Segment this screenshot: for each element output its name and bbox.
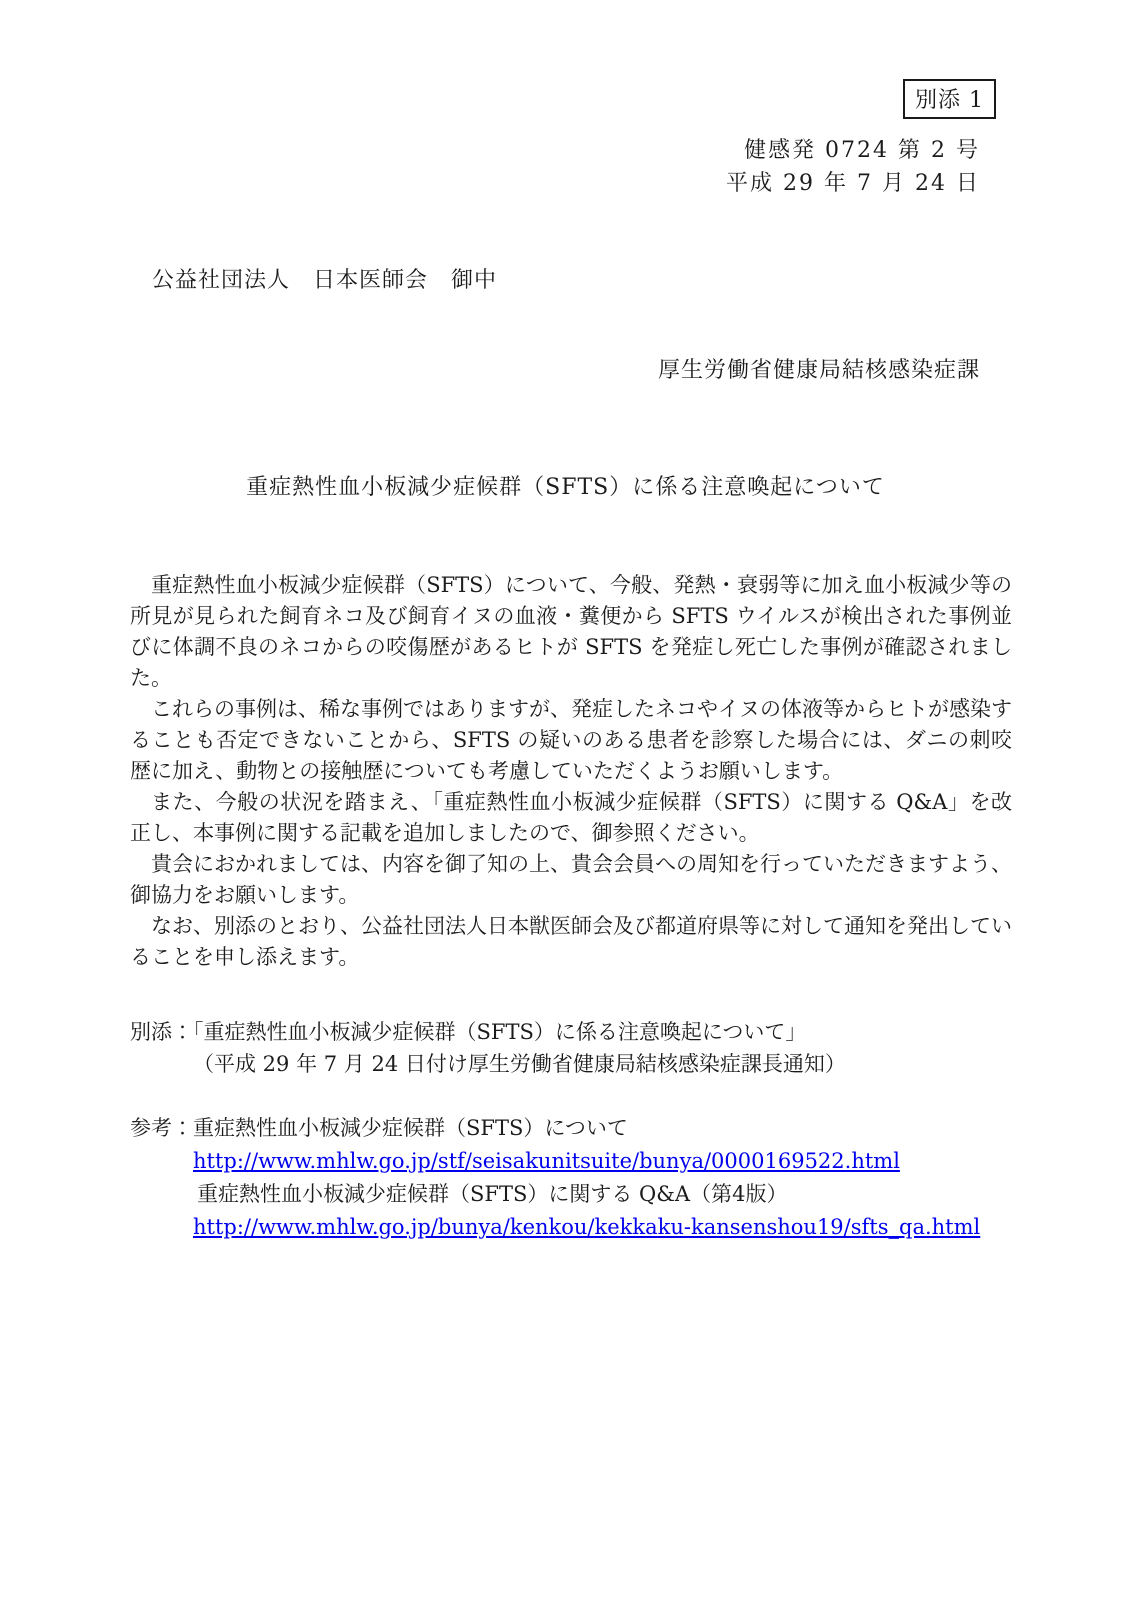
document-page: 別添 1 健感発 0724 第 2 号 平成 29 年 7 月 24 日 公益社…: [0, 0, 1131, 1600]
recipient-line: 公益社団法人 日本医師会 御中: [152, 263, 497, 294]
reference-link-2[interactable]: http://www.mhlw.go.jp/bunya/kenkou/kekka…: [193, 1215, 980, 1239]
document-number: 健感発 0724 第 2 号: [130, 134, 980, 167]
document-meta: 健感発 0724 第 2 号 平成 29 年 7 月 24 日: [130, 134, 980, 200]
body-paragraph-3: また、今般の状況を踏まえ、「重症熱性血小板減少症候群（SFTS）に関する Q&A…: [130, 787, 1012, 849]
body-paragraph-4: 貴会におかれましては、内容を御了知の上、貴会会員への周知を行っていただきますよう…: [130, 849, 1012, 911]
body-paragraph-5: なお、別添のとおり、公益社団法人日本獣医師会及び都道府県等に対して通知を発出して…: [130, 911, 1012, 973]
reference-label: 参考：: [130, 1116, 193, 1140]
reference-item-2-link-row: http://www.mhlw.go.jp/bunya/kenkou/kekka…: [130, 1211, 1012, 1244]
attachment-note-line1: 別添：「重症熱性血小板減少症候群（SFTS）に係る注意喚起について」: [130, 1016, 1012, 1048]
reference-item-1-title: 重症熱性血小板減少症候群（SFTS）について: [193, 1116, 628, 1140]
attachment-note: 別添：「重症熱性血小板減少症候群（SFTS）に係る注意喚起について」 （平成 2…: [130, 1016, 1012, 1080]
document-date: 平成 29 年 7 月 24 日: [130, 167, 980, 200]
reference-line1: 参考：重症熱性血小板減少症候群（SFTS）について: [130, 1112, 1012, 1145]
attachment-note-subtitle: （平成 29 年 7 月 24 日付け厚生労働省健康局結核感染症課長通知）: [130, 1048, 1012, 1080]
reference-item-1-link-row: http://www.mhlw.go.jp/stf/seisakunitsuit…: [130, 1145, 1012, 1178]
body-paragraph-2: これらの事例は、稀な事例ではありますが、発症したネコやイヌの体液等からヒトが感染…: [130, 694, 1012, 787]
reference-section: 参考：重症熱性血小板減少症候群（SFTS）について http://www.mhl…: [130, 1112, 1012, 1244]
reference-item-2-title: 重症熱性血小板減少症候群（SFTS）に関する Q&A（第4版）: [130, 1178, 1012, 1211]
document-title: 重症熱性血小板減少症候群（SFTS）に係る注意喚起について: [0, 470, 1131, 501]
attachment-number-badge: 別添 1: [903, 79, 996, 119]
sender-line: 厚生労働省健康局結核感染症課: [130, 353, 980, 384]
attachment-note-title: 「重症熱性血小板減少症候群（SFTS）に係る注意喚起について」: [193, 1020, 806, 1044]
body-paragraph-1: 重症熱性血小板減少症候群（SFTS）について、今般、発熱・衰弱等に加え血小板減少…: [130, 570, 1012, 694]
reference-link-1[interactable]: http://www.mhlw.go.jp/stf/seisakunitsuit…: [193, 1149, 900, 1173]
document-body: 重症熱性血小板減少症候群（SFTS）について、今般、発熱・衰弱等に加え血小板減少…: [130, 570, 1012, 973]
attachment-note-label: 別添：: [130, 1020, 193, 1044]
